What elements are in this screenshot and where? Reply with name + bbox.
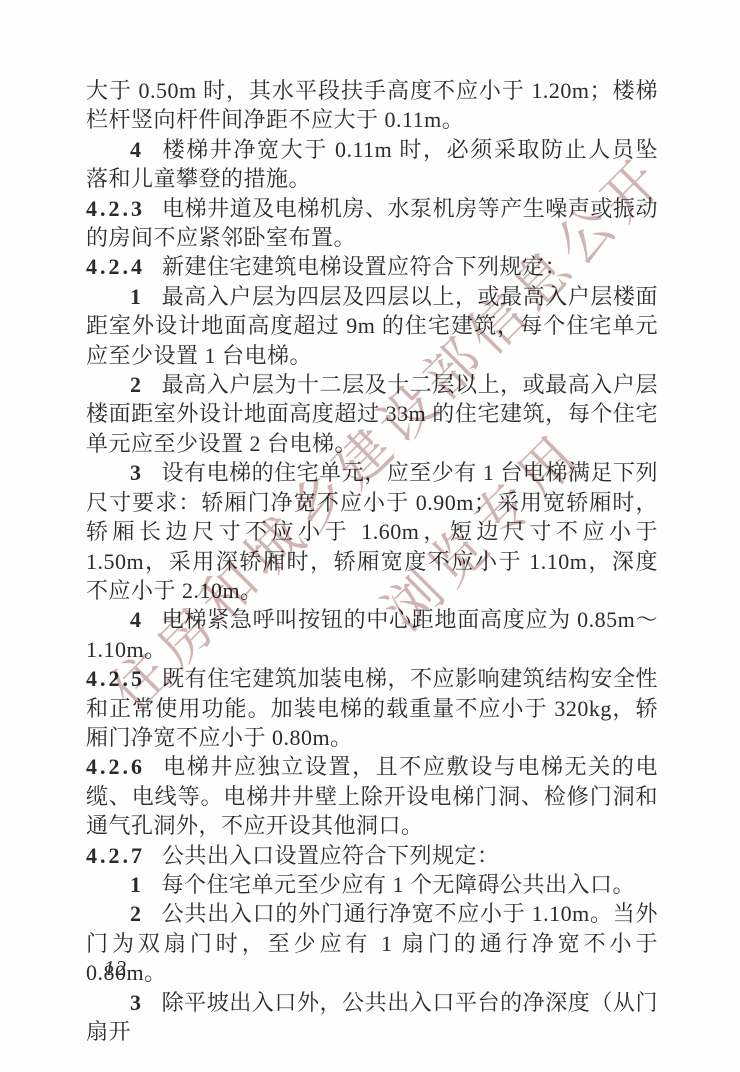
paragraph-text: 大于 0.50m 时，其水平段扶手高度不应小于 1.20m；楼梯栏杆竖向杆件间净… bbox=[86, 78, 658, 132]
paragraph-number: 1 bbox=[130, 872, 142, 897]
paragraph-text: 设有电梯的住宅单元，应至少有 1 台电梯满足下列尺寸要求：轿厢门净宽不应小于 0… bbox=[86, 460, 658, 603]
paragraph-number: 4.2.6 bbox=[86, 754, 145, 779]
paragraph: 4.2.4新建住宅建筑电梯设置应符合下列规定： bbox=[86, 252, 658, 281]
paragraph-number: 4.2.5 bbox=[86, 666, 145, 691]
paragraph-number: 3 bbox=[130, 460, 142, 485]
paragraph-text: 每个住宅单元至少应有 1 个无障碍公共出入口。 bbox=[162, 872, 636, 897]
paragraph-text: 新建住宅建筑电梯设置应符合下列规定： bbox=[162, 254, 567, 279]
paragraph-number: 2 bbox=[130, 901, 142, 926]
paragraph: 3除平坡出入口外，公共出入口平台的净深度（从门扇开 bbox=[86, 988, 658, 1047]
paragraph-number: 4.2.3 bbox=[86, 196, 145, 221]
paragraph: 4.2.7公共出入口设置应符合下列规定： bbox=[86, 841, 658, 870]
paragraph: 1最高入户层为四层及四层以上，或最高入户层楼面距室外设计地面高度超过 9m 的住… bbox=[86, 282, 658, 370]
document-page: 大于 0.50m 时，其水平段扶手高度不应小于 1.20m；楼梯栏杆竖向杆件间净… bbox=[0, 0, 740, 1072]
paragraph-text: 最高入户层为十二层及十二层以上，或最高入户层楼面距室外设计地面高度超过 33m … bbox=[86, 372, 658, 456]
paragraph-text: 电梯井道及电梯机房、水泵机房等产生噪声或振动的房间不应紧邻卧室布置。 bbox=[86, 196, 658, 250]
paragraph: 4.2.5既有住宅建筑加装电梯，不应影响建筑结构安全性和正常使用功能。加装电梯的… bbox=[86, 664, 658, 752]
body-text: 大于 0.50m 时，其水平段扶手高度不应小于 1.20m；楼梯栏杆竖向杆件间净… bbox=[86, 76, 658, 1046]
paragraph-number: 4 bbox=[130, 607, 142, 632]
paragraph: 大于 0.50m 时，其水平段扶手高度不应小于 1.20m；楼梯栏杆竖向杆件间净… bbox=[86, 76, 658, 135]
paragraph-number: 2 bbox=[130, 372, 142, 397]
paragraph-text: 电梯井应独立设置，且不应敷设与电梯无关的电缆、电线等。电梯井井壁上除开设电梯门洞… bbox=[86, 754, 658, 838]
paragraph-number: 4.2.4 bbox=[86, 254, 145, 279]
paragraph: 2最高入户层为十二层及十二层以上，或最高入户层楼面距室外设计地面高度超过 33m… bbox=[86, 370, 658, 458]
paragraph: 4电梯紧急呼叫按钮的中心距地面高度应为 0.85m～1.10m。 bbox=[86, 605, 658, 664]
paragraph-number: 4 bbox=[130, 137, 142, 162]
paragraph-number: 3 bbox=[130, 990, 142, 1015]
paragraph: 2公共出入口的外门通行净宽不应小于 1.10m。当外门为双扇门时，至少应有 1 … bbox=[86, 899, 658, 987]
paragraph-text: 除平坡出入口外，公共出入口平台的净深度（从门扇开 bbox=[86, 990, 658, 1044]
paragraph-text: 电梯紧急呼叫按钮的中心距地面高度应为 0.85m～1.10m。 bbox=[86, 607, 658, 661]
paragraph-number: 4.2.7 bbox=[86, 843, 145, 868]
paragraph: 4.2.3电梯井道及电梯机房、水泵机房等产生噪声或振动的房间不应紧邻卧室布置。 bbox=[86, 194, 658, 253]
paragraph-number: 1 bbox=[130, 284, 142, 309]
paragraph-text: 公共出入口设置应符合下列规定： bbox=[162, 843, 500, 868]
page-number: 12 bbox=[104, 956, 127, 981]
paragraph-text: 楼梯井净宽大于 0.11m 时，必须采取防止人员坠落和儿童攀登的措施。 bbox=[86, 137, 658, 191]
paragraph: 4.2.6电梯井应独立设置，且不应敷设与电梯无关的电缆、电线等。电梯井井壁上除开… bbox=[86, 752, 658, 840]
paragraph: 4楼梯井净宽大于 0.11m 时，必须采取防止人员坠落和儿童攀登的措施。 bbox=[86, 135, 658, 194]
paragraph-text: 公共出入口的外门通行净宽不应小于 1.10m。当外门为双扇门时，至少应有 1 扇… bbox=[86, 901, 658, 985]
paragraph: 1每个住宅单元至少应有 1 个无障碍公共出入口。 bbox=[86, 870, 658, 899]
paragraph-text: 最高入户层为四层及四层以上，或最高入户层楼面距室外设计地面高度超过 9m 的住宅… bbox=[86, 284, 658, 368]
paragraph: 3设有电梯的住宅单元，应至少有 1 台电梯满足下列尺寸要求：轿厢门净宽不应小于 … bbox=[86, 458, 658, 605]
paragraph-text: 既有住宅建筑加装电梯，不应影响建筑结构安全性和正常使用功能。加装电梯的载重量不应… bbox=[86, 666, 658, 750]
